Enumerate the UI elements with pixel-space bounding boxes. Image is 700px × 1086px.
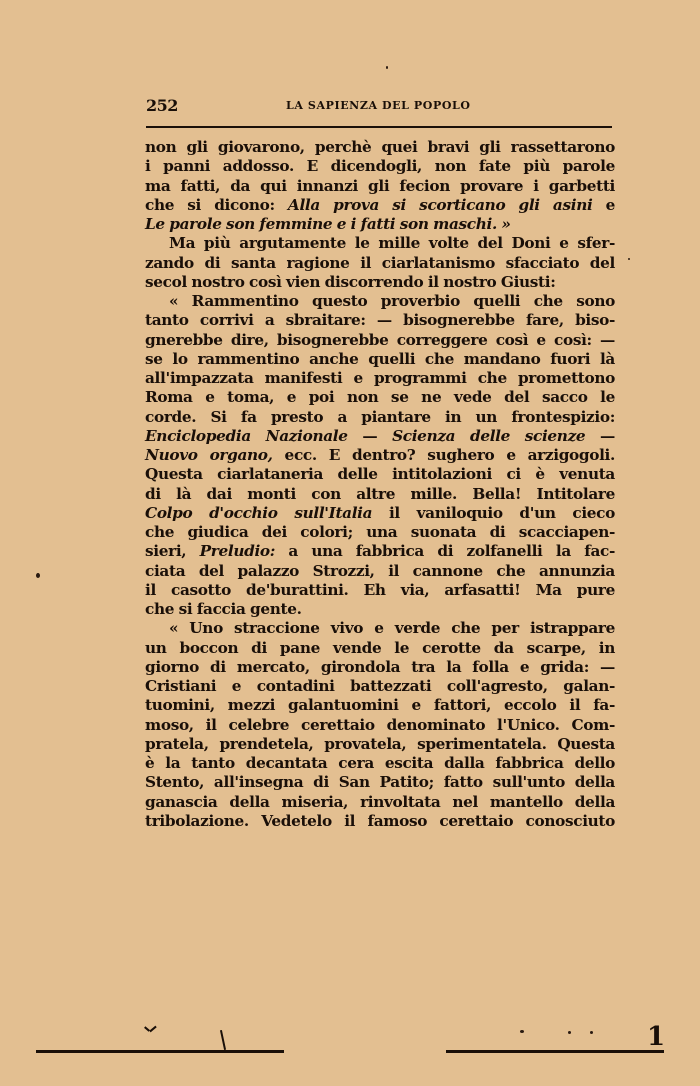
italic-text: Preludio: [200, 542, 275, 560]
text-line: zando di santa ragione il ciarlatanismo … [145, 254, 615, 273]
text-segment: ganascia della miseria, rinvoltata nel m… [145, 793, 615, 811]
scan-speck [36, 573, 40, 578]
italic-text: Le parole son femmine e i fatti son masc… [145, 215, 497, 233]
text-line: un boccon di pane vende le cerotte da sc… [145, 639, 615, 658]
text-line: Questa ciarlataneria delle intitolazioni… [145, 465, 615, 484]
text-segment: il casotto de'burattini. Eh via, arfasat… [145, 581, 615, 599]
text-segment: « Rammentino questo proverbio quelli che… [169, 292, 615, 310]
text-line: secol nostro così vien discorrendo il no… [145, 273, 615, 292]
text-line: « Uno straccione vivo e verde che per is… [145, 619, 615, 638]
text-segment: il vaniloquio d'un cieco [372, 504, 615, 522]
italic-text: » [497, 215, 511, 233]
text-segment: un boccon di pane vende le cerotte da sc… [145, 639, 615, 657]
text-line: di là dai monti con altre mille. Bella! … [145, 485, 615, 504]
text-segment: — [585, 427, 615, 445]
text-line: Ma più argutamente le mille volte del Do… [145, 234, 615, 253]
text-segment: zando di santa ragione il ciarlatanismo … [145, 254, 615, 272]
text-segment: che giudica dei colori; una suonata di s… [145, 523, 615, 541]
scan-speck [590, 1031, 593, 1034]
italic-text: Alla prova si scorticano gli asini [288, 196, 593, 214]
italic-text: Colpo d'occhio sull'Italia [145, 504, 372, 522]
book-page: 252 LA SAPIENZA DEL POPOLO non gli giova… [0, 0, 700, 1086]
page-header: 252 LA SAPIENZA DEL POPOLO [146, 96, 614, 118]
text-line: il casotto de'burattini. Eh via, arfasat… [145, 581, 615, 600]
text-segment: giorno di mercato, girondola tra la foll… [145, 658, 615, 676]
scan-mark [149, 1026, 156, 1033]
text-line: gnerebbe dire, bisognerebbe correggere c… [145, 331, 615, 350]
text-line: ganascia della miseria, rinvoltata nel m… [145, 793, 615, 812]
text-line: pratela, prendetela, provatela, sperimen… [145, 735, 615, 754]
text-line: moso, il celebre cerettaio denominato l'… [145, 716, 615, 735]
text-segment: Roma e toma, e poi non se ne vede del sa… [145, 388, 615, 406]
text-line: Nuovo organo, ecc. E dentro? sughero e a… [145, 446, 615, 465]
text-line: Le parole son femmine e i fatti son masc… [145, 215, 615, 234]
footer-rule-left [36, 1050, 284, 1053]
text-segment: sieri, [145, 542, 200, 560]
scan-speck [568, 1031, 571, 1034]
text-segment: moso, il celebre cerettaio denominato l'… [145, 716, 615, 734]
text-segment: pratela, prendetela, provatela, sperimen… [145, 735, 615, 753]
text-segment: gnerebbe dire, bisognerebbe correggere c… [145, 331, 615, 349]
text-segment: secol nostro così vien discorrendo il no… [145, 273, 556, 291]
page-number: 252 [146, 96, 178, 115]
text-line: corde. Si fa presto a piantare in un fro… [145, 408, 615, 427]
text-line: Roma e toma, e poi non se ne vede del sa… [145, 388, 615, 407]
text-segment: tuomini, mezzi galantuomini e fattori, e… [145, 696, 615, 714]
body-text: non gli giovarono, perchè quei bravi gli… [145, 138, 615, 831]
text-segment: Stento, all'insegna di San Patito; fatto… [145, 773, 615, 791]
text-segment: Questa ciarlataneria delle intitolazioni… [145, 465, 615, 483]
text-segment: ma fatti, da qui innanzi gli fecion prov… [145, 177, 615, 195]
text-segment: di là dai monti con altre mille. Bella! … [145, 485, 615, 503]
text-line: Stento, all'insegna di San Patito; fatto… [145, 773, 615, 792]
text-segment: tanto corrivi a sbraitare: — bisognerebb… [145, 311, 615, 329]
text-line: tanto corrivi a sbraitare: — bisognerebb… [145, 311, 615, 330]
text-line: se lo rammentino anche quelli che mandan… [145, 350, 615, 369]
text-line: Cristiani e contadini battezzati coll'ag… [145, 677, 615, 696]
text-segment: è la tanto decantata cera escita dalla f… [145, 754, 615, 772]
text-line: è la tanto decantata cera escita dalla f… [145, 754, 615, 773]
text-segment: che si dicono: [145, 196, 288, 214]
text-segment: i panni addosso. E dicendogli, non fate … [145, 157, 615, 175]
italic-text: Nuovo organo, [145, 446, 273, 464]
italic-text: Scienza delle scienze [392, 427, 585, 445]
text-line: i panni addosso. E dicendogli, non fate … [145, 157, 615, 176]
text-segment: « Uno straccione vivo e verde che per is… [169, 619, 615, 637]
text-line: che giudica dei colori; una suonata di s… [145, 523, 615, 542]
scan-speck [628, 258, 630, 260]
text-segment: Ma più argutamente le mille volte del Do… [169, 234, 615, 252]
text-segment: a una fabbrica di zolfanelli la fac- [275, 542, 615, 560]
text-line: giorno di mercato, girondola tra la foll… [145, 658, 615, 677]
scan-mark [220, 1030, 226, 1050]
text-line: « Rammentino questo proverbio quelli che… [145, 292, 615, 311]
text-segment: ecc. E dentro? sughero e arzigogoli. [273, 446, 615, 464]
scan-speck [386, 66, 388, 69]
text-segment: — [348, 427, 392, 445]
text-segment: all'impazzata manifesti e programmi che … [145, 369, 615, 387]
italic-text: Enciclopedia Nazionale [145, 427, 348, 445]
text-line: ciata del palazzo Strozzi, il cannone ch… [145, 562, 615, 581]
text-segment: che si faccia gente. [145, 600, 302, 618]
text-line: non gli giovarono, perchè quei bravi gli… [145, 138, 615, 157]
text-segment: ciata del palazzo Strozzi, il cannone ch… [145, 562, 615, 580]
scan-speck [520, 1030, 524, 1033]
text-line: all'impazzata manifesti e programmi che … [145, 369, 615, 388]
folio-mark: 1 [647, 1024, 665, 1050]
text-line: sieri, Preludio: a una fabbrica di zolfa… [145, 542, 615, 561]
header-rule [146, 126, 612, 128]
text-segment: tribolazione. Vedetelo il famoso ceretta… [145, 812, 615, 830]
text-segment: non gli giovarono, perchè quei bravi gli… [145, 138, 615, 156]
text-line: Colpo d'occhio sull'Italia il vaniloquio… [145, 504, 615, 523]
text-segment: se lo rammentino anche quelli che mandan… [145, 350, 615, 368]
text-line: tuomini, mezzi galantuomini e fattori, e… [145, 696, 615, 715]
text-line: che si dicono: Alla prova si scorticano … [145, 196, 615, 215]
text-segment: e [592, 196, 615, 214]
text-line: tribolazione. Vedetelo il famoso ceretta… [145, 812, 615, 831]
text-segment: Cristiani e contadini battezzati coll'ag… [145, 677, 615, 695]
text-line: ma fatti, da qui innanzi gli fecion prov… [145, 177, 615, 196]
text-line: Enciclopedia Nazionale — Scienza delle s… [145, 427, 615, 446]
footer-rule-right [446, 1050, 664, 1053]
text-segment: corde. Si fa presto a piantare in un fro… [145, 408, 615, 426]
running-title: LA SAPIENZA DEL POPOLO [286, 99, 471, 112]
text-line: che si faccia gente. [145, 600, 615, 619]
